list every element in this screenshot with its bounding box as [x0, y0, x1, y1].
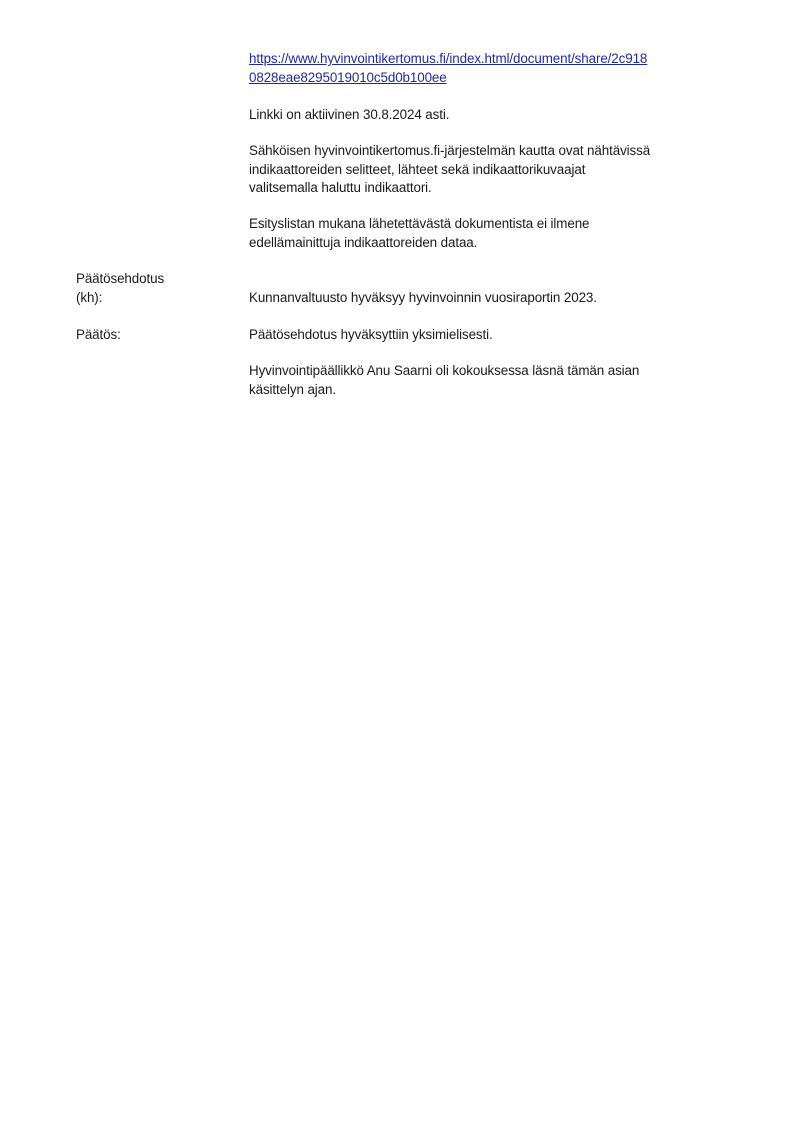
link-active-line: Linkki on aktiivinen 30.8.2024 asti.	[249, 106, 749, 125]
decision-label: Päätös:	[76, 326, 121, 345]
indicators-line-1: Sähköisen hyvinvointikertomus.fi-järjest…	[249, 142, 749, 161]
data-note-line-1: Esityslistan mukana lähetettävästä dokum…	[249, 215, 749, 234]
proposal-text: Kunnanvaltuusto hyväksyy hyvinvoinnin vu…	[249, 289, 749, 308]
proposal-label-line-1: Päätösehdotus	[76, 270, 164, 289]
share-link-line-2[interactable]: 0828eae8295019010c5d0b100ee	[249, 69, 749, 88]
indicators-line-2: indikaattoreiden selitteet, lähteet sekä…	[249, 161, 749, 180]
proposal-text-line: Kunnanvaltuusto hyväksyy hyvinvoinnin vu…	[249, 289, 749, 308]
decision-text: Päätösehdotus hyväksyttiin yksimielisest…	[249, 326, 749, 345]
decision-note-line-1: Hyvinvointipäällikkö Anu Saarni oli koko…	[249, 362, 749, 381]
share-link-paragraph: https://www.hyvinvointikertomus.fi/index…	[249, 50, 749, 87]
data-note-line-2: edellämainittuja indikaattoreiden dataa.	[249, 234, 749, 253]
document-page: https://www.hyvinvointikertomus.fi/index…	[0, 0, 794, 1122]
link-active-text: Linkki on aktiivinen 30.8.2024 asti.	[249, 106, 749, 125]
indicators-line-3: valitsemalla haluttu indikaattori.	[249, 179, 749, 198]
data-note-paragraph: Esityslistan mukana lähetettävästä dokum…	[249, 215, 749, 252]
proposal-label-line-2: (kh):	[76, 289, 164, 308]
decision-note: Hyvinvointipäällikkö Anu Saarni oli koko…	[249, 362, 749, 399]
indicators-paragraph: Sähköisen hyvinvointikertomus.fi-järjest…	[249, 142, 749, 198]
share-link-line-1[interactable]: https://www.hyvinvointikertomus.fi/index…	[249, 50, 749, 69]
decision-note-line-2: käsittelyn ajan.	[249, 381, 749, 400]
decision-text-line: Päätösehdotus hyväksyttiin yksimielisest…	[249, 326, 749, 345]
proposal-label: Päätösehdotus (kh):	[76, 270, 164, 307]
decision-label-line: Päätös:	[76, 326, 121, 345]
